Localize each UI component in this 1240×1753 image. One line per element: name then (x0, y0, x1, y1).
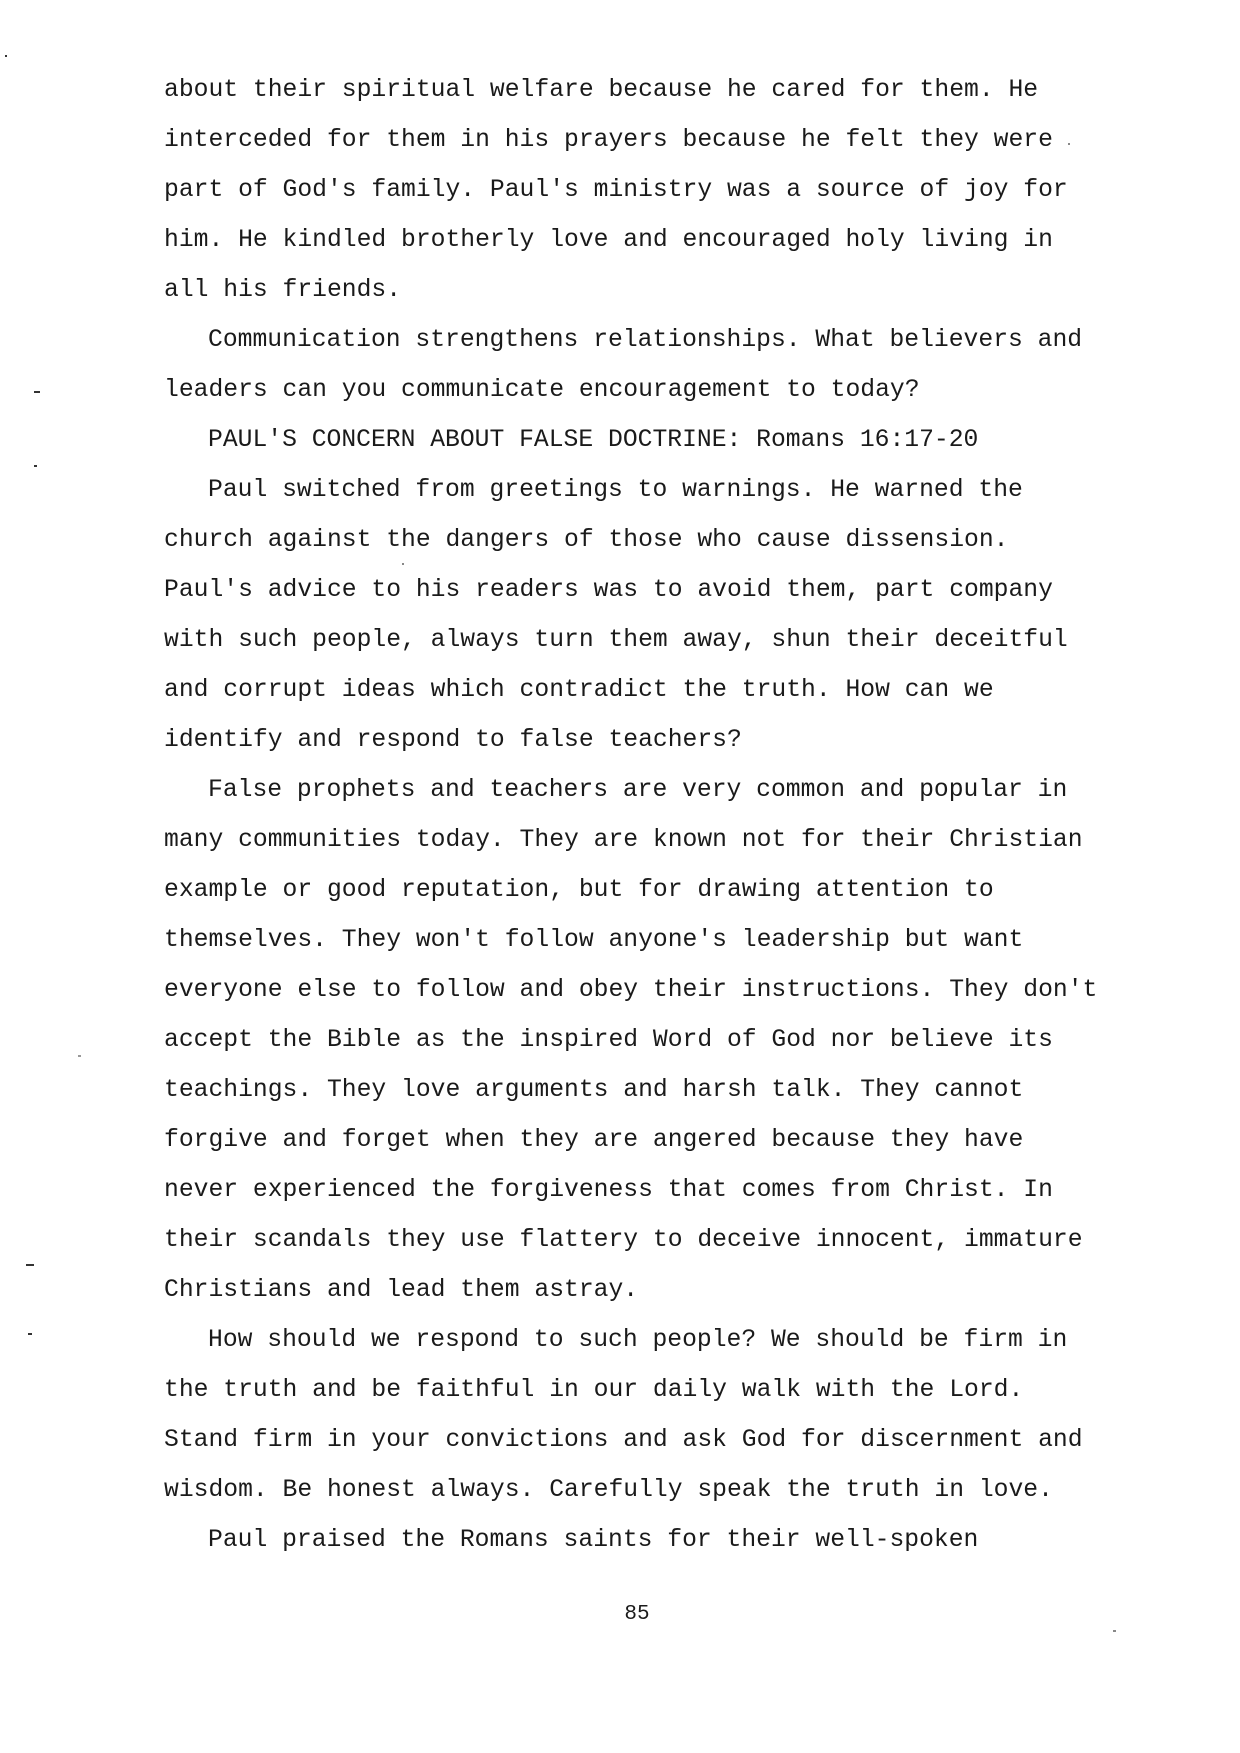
text-line: accept the Bible as the inspired Word of… (164, 1015, 1164, 1065)
text-line: all his friends. (164, 265, 1164, 315)
text-line: their scandals they use flattery to dece… (164, 1215, 1164, 1265)
text-line: about their spiritual welfare because he… (164, 65, 1164, 115)
scan-speck (28, 1333, 32, 1335)
page-number: 85 (0, 1600, 1240, 1630)
text-line: the truth and be faithful in our daily w… (164, 1365, 1164, 1415)
scan-speck (26, 1264, 34, 1266)
scan-speck (78, 1055, 81, 1057)
body-text: about their spiritual welfare because he… (164, 65, 1164, 1565)
scan-speck (5, 55, 7, 57)
text-line: with such people, always turn them away,… (164, 615, 1164, 665)
text-line: Christians and lead them astray. (164, 1265, 1164, 1315)
scan-speck (402, 563, 404, 565)
scan-speck (1068, 143, 1070, 145)
text-line: Paul's advice to his readers was to avoi… (164, 565, 1164, 615)
text-line: Communication strengthens relationships.… (164, 315, 1164, 365)
document-page: about their spiritual welfare because he… (0, 0, 1240, 1753)
text-line: leaders can you communicate encouragemen… (164, 365, 1164, 415)
text-line: Paul praised the Romans saints for their… (164, 1515, 1164, 1565)
text-line: Stand firm in your convictions and ask G… (164, 1415, 1164, 1465)
text-line: part of God's family. Paul's ministry wa… (164, 165, 1164, 215)
text-line: themselves. They won't follow anyone's l… (164, 915, 1164, 965)
text-line: never experienced the forgiveness that c… (164, 1165, 1164, 1215)
text-line: everyone else to follow and obey their i… (164, 965, 1164, 1015)
scan-speck (34, 391, 40, 393)
text-line: interceded for them in his prayers becau… (164, 115, 1164, 165)
text-line: example or good reputation, but for draw… (164, 865, 1164, 915)
text-line: and corrupt ideas which contradict the t… (164, 665, 1164, 715)
text-line: False prophets and teachers are very com… (164, 765, 1164, 815)
scan-speck (1113, 1630, 1116, 1632)
text-line: him. He kindled brotherly love and encou… (164, 215, 1164, 265)
text-line: identify and respond to false teachers? (164, 715, 1164, 765)
text-line: many communities today. They are known n… (164, 815, 1164, 865)
text-line: How should we respond to such people? We… (164, 1315, 1164, 1365)
text-line: wisdom. Be honest always. Carefully spea… (164, 1465, 1164, 1515)
scan-speck (34, 465, 37, 467)
section-heading: PAUL'S CONCERN ABOUT FALSE DOCTRINE: Rom… (164, 415, 1164, 465)
text-line: teachings. They love arguments and harsh… (164, 1065, 1164, 1115)
text-line: Paul switched from greetings to warnings… (164, 465, 1164, 515)
text-line: church against the dangers of those who … (164, 515, 1164, 565)
text-line: forgive and forget when they are angered… (164, 1115, 1164, 1165)
